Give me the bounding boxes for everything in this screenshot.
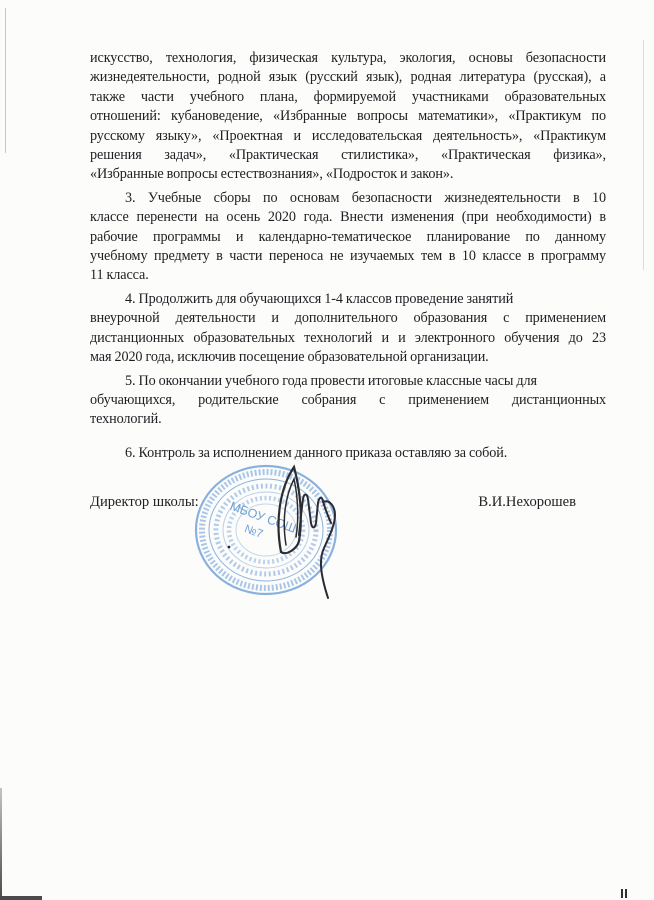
scan-edge-line (5, 8, 6, 153)
paragraph-item-3: 3. Учебные сборы по основам безопасности… (90, 189, 606, 286)
text-line: искусство, технология, физическая культу… (90, 49, 606, 68)
text-line: 3. Учебные сборы по основам безопасности… (90, 189, 606, 208)
signer-role-label: Директор школы: (90, 494, 199, 511)
text-line: 5. По окончании учебного года провести и… (90, 372, 606, 391)
text-line: решения задач», «Практическая стилистика… (90, 146, 606, 165)
document-body: искусство, технология, физическая культу… (90, 49, 606, 467)
scan-artifact-mark (621, 889, 631, 898)
paragraph-item-5: 5. По окончании учебного года провести и… (90, 372, 606, 430)
round-stamp: МБОУ СОШ №7 (196, 466, 336, 594)
stamp-number-text: №7 (243, 523, 265, 541)
text-line: отношений: кубановедение, «Избранные воп… (90, 107, 606, 126)
text-line: русскому языку», «Проектная и исследоват… (90, 127, 606, 146)
text-line: «Избранные вопросы естествознания», «Под… (90, 165, 606, 184)
text-line: 11 класса. (90, 266, 606, 285)
text-line: 4. Продолжить для обучающихся 1-4 классо… (90, 290, 606, 309)
stamp-and-signature: МБОУ СОШ №7 (185, 455, 355, 605)
text-line: мая 2020 года, исключив посещение образо… (90, 348, 606, 367)
signer-name: В.И.Нехорошев (478, 494, 576, 511)
text-line: дистанционных образовательных технологий… (90, 329, 606, 348)
text-line: внеурочной деятельности и дополнительног… (90, 309, 606, 328)
text-line: технологий. (90, 410, 606, 429)
text-line: обучающихся, родительские собрания с при… (90, 391, 606, 410)
paragraph-continuation: искусство, технология, физическая культу… (90, 49, 606, 185)
text-line: жизнедеятельности, родной язык (русский … (90, 68, 606, 87)
text-line: рабочие программы и календарно-тематичес… (90, 228, 606, 247)
scan-edge-line (0, 788, 2, 900)
text-line: учебному предмету в части переноса не из… (90, 247, 606, 266)
text-line: также части учебного плана, формируемой … (90, 88, 606, 107)
scan-edge-shadow (643, 40, 644, 270)
paragraph-item-4: 4. Продолжить для обучающихся 1-4 классо… (90, 290, 606, 368)
text-line: классе перенести на осень 2020 года. Вне… (90, 208, 606, 227)
scan-edge-line (0, 896, 42, 900)
scanned-document-page: искусство, технология, физическая культу… (0, 0, 654, 900)
